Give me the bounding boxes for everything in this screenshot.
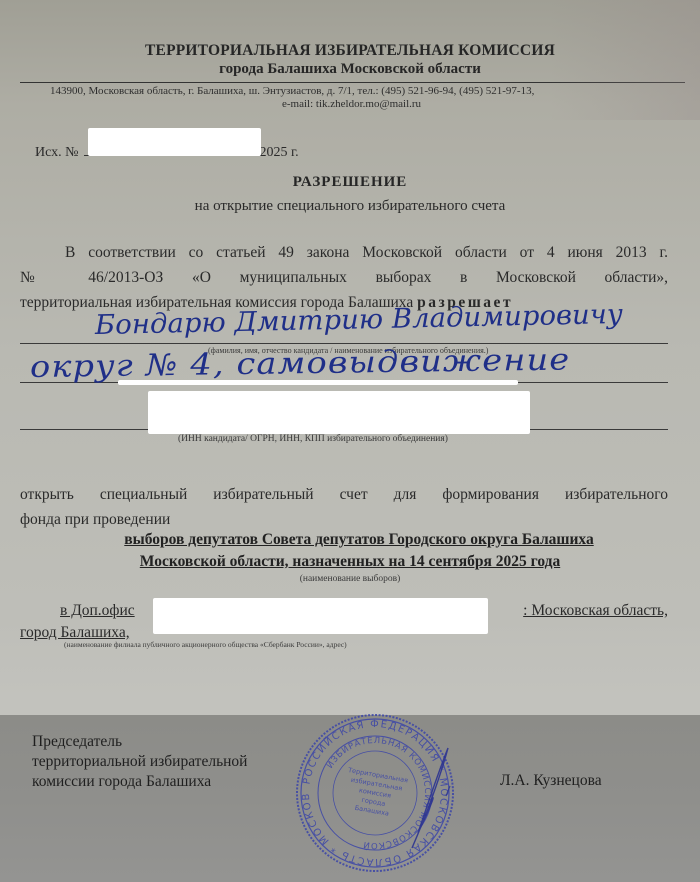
redaction-inn	[148, 391, 530, 434]
organization-subtitle: города Балашиха Московской области	[0, 61, 700, 78]
bank-caption: (наименование филиала публичного акционе…	[64, 640, 347, 649]
position-line-1: Председатель	[32, 732, 247, 752]
document-subtitle: на открытие специального избирательного …	[0, 198, 700, 215]
name-line	[20, 343, 668, 344]
open-account-line-1: открыть специальный избирательный счет д…	[20, 482, 668, 507]
open-account-line-2: фонда при проведении	[20, 507, 668, 532]
outgoing-label: Исх. №	[35, 145, 79, 160]
position-line-2: территориальной избирательной	[32, 752, 247, 772]
document-page: ТЕРРИТОРИАЛЬНАЯ ИЗБИРАТЕЛЬНАЯ КОМИССИЯ г…	[0, 0, 700, 882]
header-divider	[20, 82, 685, 83]
signer-name: Л.А. Кузнецова	[500, 772, 602, 790]
outgoing-year: 2025 г.	[260, 145, 299, 160]
election-name-line-2: Московской области, назначенных на 14 се…	[0, 553, 700, 571]
document-title: РАЗРЕШЕНИЕ	[0, 174, 700, 191]
official-stamp: РОССИЙСКАЯ ФЕДЕРАЦИЯ * МОСКОВСКАЯ ОБЛАСТ…	[290, 708, 460, 878]
inn-caption: (ИНН кандидата/ ОГРН, ИНН, КПП избирател…	[178, 434, 448, 444]
organization-email: e-mail: tik.zheldor.mo@mail.ru	[0, 98, 700, 110]
organization-title: ТЕРРИТОРИАЛЬНАЯ ИЗБИРАТЕЛЬНАЯ КОМИССИЯ	[0, 42, 700, 60]
organization-address: 143900, Московская область, г. Балашиха,…	[0, 85, 700, 97]
signatory-position: Председатель территориальной избирательн…	[32, 732, 247, 792]
position-line-3: комиссии города Балашиха	[32, 772, 247, 792]
election-name-line-1: выборов депутатов Совета депутатов Город…	[0, 531, 700, 549]
handwritten-district: округ № 4, самовыдвижение	[30, 342, 571, 385]
redaction-outgoing-number	[88, 128, 261, 156]
redaction-strip	[118, 380, 518, 385]
election-caption: (наименование выборов)	[0, 574, 700, 584]
body-line-1: В соответствии со статьей 49 закона Моск…	[20, 240, 668, 265]
body-line-2: № 46/2013-ОЗ «О муниципальных выборах в …	[20, 265, 668, 290]
redaction-bank	[153, 598, 488, 634]
